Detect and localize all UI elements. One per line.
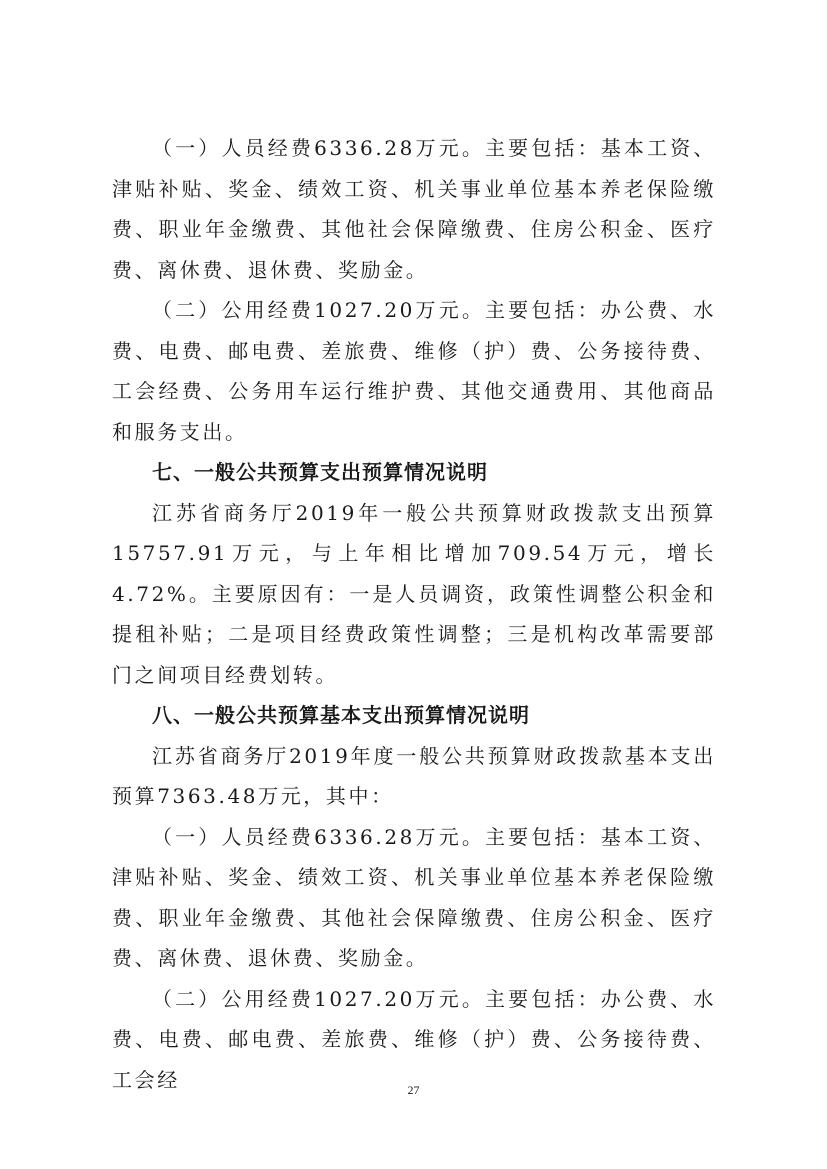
paragraph-basic-expenditure: 江苏省商务厅2019年度一般公共预算财政拨款基本支出预算7363.48万元，其中… [112, 736, 716, 817]
paragraph-personnel-expenses-1: （一）人员经费6336.28万元。主要包括：基本工资、津贴补贴、奖金、绩效工资、… [112, 128, 716, 290]
paragraph-general-budget-expenditure: 江苏省商务厅2019年一般公共预算财政拨款支出预算15757.91万元，与上年相… [112, 493, 716, 696]
section-heading-7: 七、一般公共预算支出预算情况说明 [112, 452, 716, 493]
paragraph-personnel-expenses-2: （一）人员经费6336.28万元。主要包括：基本工资、津贴补贴、奖金、绩效工资、… [112, 817, 716, 979]
page-number: 27 [0, 1083, 827, 1098]
paragraph-public-expenses-1: （二）公用经费1027.20万元。主要包括：办公费、水费、电费、邮电费、差旅费、… [112, 290, 716, 452]
document-page: （一）人员经费6336.28万元。主要包括：基本工资、津贴补贴、奖金、绩效工资、… [112, 128, 716, 1100]
paragraph-public-expenses-2: （二）公用经费1027.20万元。主要包括：办公费、水费、电费、邮电费、差旅费、… [112, 979, 716, 1101]
section-heading-8: 八、一般公共预算基本支出预算情况说明 [112, 695, 716, 736]
